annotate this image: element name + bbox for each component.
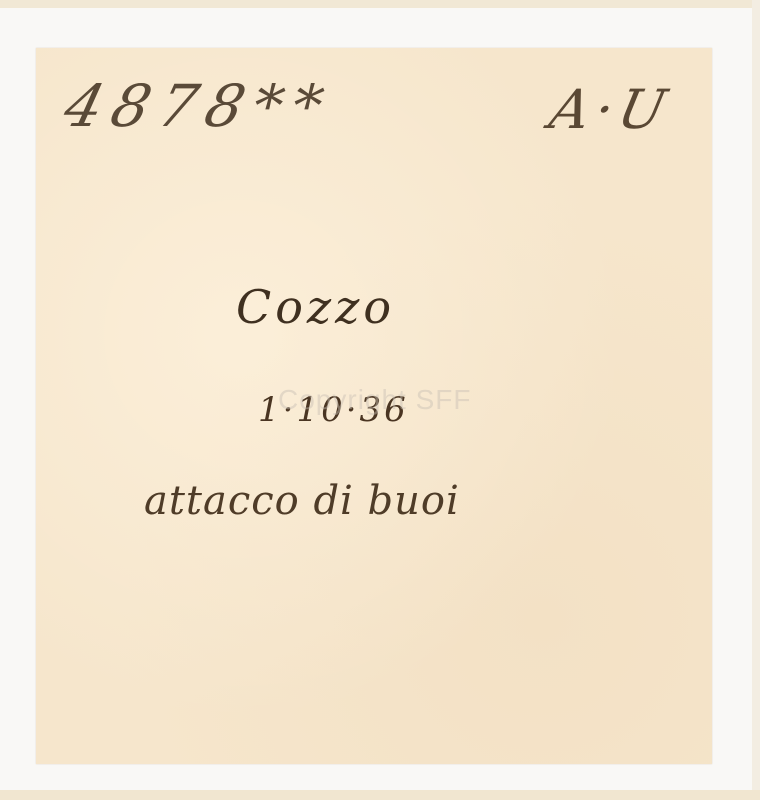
top-edge-strip bbox=[0, 0, 760, 8]
handwritten-label-paper: 4878** A·U Cozzo 1·10·36 attacco di buoi… bbox=[36, 48, 712, 764]
mount-board: 4878** A·U Cozzo 1·10·36 attacco di buoi… bbox=[0, 8, 752, 790]
author-initials: A·U bbox=[544, 78, 677, 141]
bottom-edge-strip bbox=[0, 790, 760, 800]
date-text: 1·10·36 bbox=[258, 390, 409, 430]
place-name: Cozzo bbox=[236, 280, 395, 334]
catalog-number: 4878** bbox=[58, 72, 341, 140]
caption-text: attacco di buoi bbox=[144, 478, 460, 524]
right-edge-strip bbox=[752, 0, 760, 800]
